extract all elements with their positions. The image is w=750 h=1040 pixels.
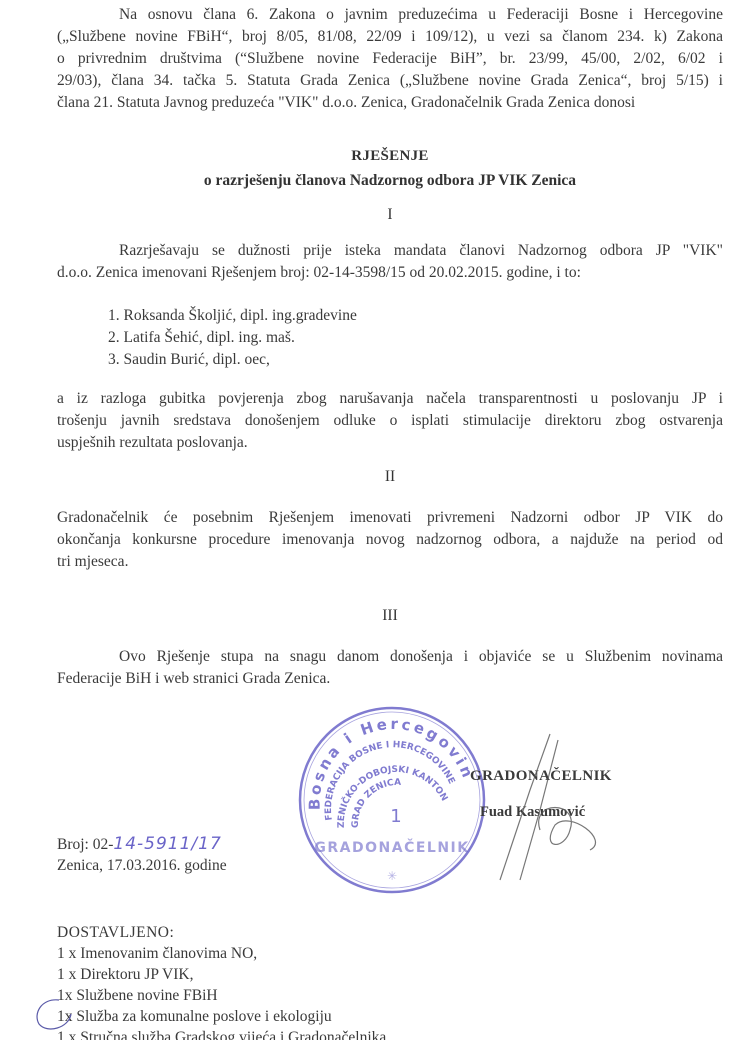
svg-text:Bosna i Hercegovina: Bosna i Hercegovina — [292, 700, 478, 810]
section-3-line: Federacije BiH i web stranici Grada Zeni… — [57, 668, 723, 690]
section-3-numeral: III — [57, 607, 723, 625]
member-item: 3. Saudin Burić, dipl. oec, — [108, 349, 357, 371]
document-page: Na osnovu člana 6. Zakona o javnim predu… — [0, 0, 750, 1040]
handwritten-circle-mark — [31, 994, 81, 1032]
section-1-intro-line: Razrješavaju se dužnosti prije isteka ma… — [57, 240, 723, 262]
stamp-outer-text: Bosna i Hercegovina — [292, 700, 478, 810]
distribution-label: DOSTAVLJENO: — [57, 922, 390, 943]
document-subtitle: o razrješenju članova Nadzornog odbora J… — [57, 172, 723, 190]
reason-line: a iz razloga gubitka povjerenja zbog nar… — [57, 388, 723, 410]
member-list: 1. Roksanda Školjić, dipl. ing.gradevine… — [108, 305, 357, 371]
section-3-text: Ovo Rješenje stupa na snagu danom donoše… — [57, 646, 723, 690]
section-1-intro-line: d.o.o. Zenica imenovani Rješenjem broj: … — [57, 262, 723, 284]
distribution-list: DOSTAVLJENO: 1 x Imenovanim članovima NO… — [57, 922, 390, 1040]
distribution-item: 1 x Stručna služba Gradskog vijeća i Gra… — [57, 1027, 390, 1040]
preamble-line: („Službene novine FBiH“, broj 8/05, 81/0… — [57, 26, 723, 48]
section-2-text: Gradonačelnik će posebnim Rješenjem imen… — [57, 507, 723, 573]
document-title: RJEŠENJE — [57, 148, 723, 165]
member-item: 2. Latifa Šehić, dipl. ing. maš. — [108, 327, 357, 349]
distribution-item: 1 x Imenovanim članovima NO, — [57, 943, 390, 964]
reference-block: Broj: 02-14-5911/17 Zenica, 17.03.2016. … — [57, 834, 227, 876]
handwritten-signature — [470, 730, 620, 890]
distribution-item: 1x Služba za komunalne poslove i ekologi… — [57, 1006, 390, 1027]
reason-line: uspješnih rezultata poslovanja. — [57, 432, 723, 454]
section-2-line: tri mjeseca. — [57, 551, 723, 573]
section-2-line: okončanja konkursne procedure imenovanja… — [57, 529, 723, 551]
broj-handwritten: 14-5911/17 — [113, 834, 221, 854]
preamble-line: člana 21. Statuta Javnog preduzeća "VIK"… — [57, 92, 723, 114]
preamble-line: o privrednim društvima (“Službene novine… — [57, 48, 723, 70]
section-1-reason: a iz razloga gubitka povjerenja zbog nar… — [57, 388, 723, 454]
section-2-line: Gradonačelnik će posebnim Rješenjem imen… — [57, 507, 723, 529]
section-1-intro: Razrješavaju se dužnosti prije isteka ma… — [57, 240, 723, 284]
section-1-numeral: I — [57, 206, 723, 224]
preamble-line: 29/03), člana 34. tačka 5. Statuta Grada… — [57, 70, 723, 92]
stamp-number: 1 — [390, 806, 401, 827]
preamble-line: Na osnovu člana 6. Zakona o javnim predu… — [57, 4, 723, 26]
section-2-numeral: II — [57, 468, 723, 486]
stamp-star-icon: ✳ — [387, 869, 397, 883]
distribution-item: 1x Službene novine FBiH — [57, 985, 390, 1006]
official-stamp: Bosna i Hercegovina FEDERACIJA BOSNE I H… — [292, 700, 492, 900]
reason-line: trošenju javnih sredstava donošenjem odl… — [57, 410, 723, 432]
distribution-item: 1 x Direktoru JP VIK, — [57, 964, 390, 985]
section-3-line: Ovo Rješenje stupa na snagu danom donoše… — [57, 646, 723, 668]
stamp-bottom-text: GRADONAČELNIK — [314, 838, 469, 856]
preamble-paragraph: Na osnovu člana 6. Zakona o javnim predu… — [57, 4, 723, 114]
reference-date: Zenica, 17.03.2016. godine — [57, 855, 227, 876]
broj-label: Broj: 02- — [57, 836, 113, 853]
reference-number: Broj: 02-14-5911/17 — [57, 834, 227, 855]
member-item: 1. Roksanda Školjić, dipl. ing.gradevine — [108, 305, 357, 327]
